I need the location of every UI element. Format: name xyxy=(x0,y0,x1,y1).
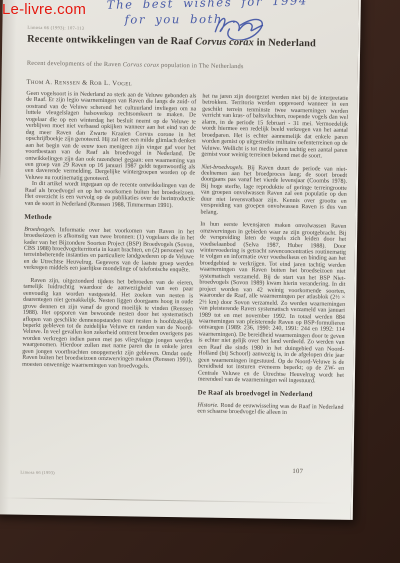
seller-watermark: Le-livre.com xyxy=(2,1,86,18)
photo-background: The best wishes for 1994 for you both . … xyxy=(0,0,400,563)
left-column: Geen vogelsoort is in Nederland zo sterk… xyxy=(21,91,197,460)
method-paragraph: Raven zijn, uitgezonderd tijdens het beb… xyxy=(22,278,193,371)
article-subtitle-pre: Recent developments of the Raven xyxy=(27,60,123,69)
page-number: 107 xyxy=(292,468,303,475)
scanned-page: The best wishes for 1994 for you both . … xyxy=(0,0,361,520)
paragraph-text: Informatie over het voorkomen van Raven … xyxy=(24,227,195,274)
article-title-pre: Recente ontwikkelingen van de Raaf xyxy=(27,34,195,48)
section-heading-broedvogel: De Raaf als broedvogel in Nederland xyxy=(198,391,344,400)
article-subtitle-post: population in The Netherlands xyxy=(159,62,243,70)
body-paragraph: In hun eerste levensjaren maken onvolwas… xyxy=(198,222,347,386)
article-title: Recente ontwikkelingen van de Raaf Corvu… xyxy=(27,34,347,50)
section-heading-methode: Methode xyxy=(24,215,194,224)
journal-reference: Limosa 66 (1993): 107-113 xyxy=(27,26,84,31)
continuation-paragraph: het na jaren zijn doorgezet werden niet … xyxy=(201,94,348,161)
article-title-post: in Nederland xyxy=(254,37,316,49)
right-column: het na jaren zijn doorgezet werden niet … xyxy=(197,94,349,462)
article-title-species: Corvus corax xyxy=(195,36,254,48)
historie-paragraph: Historie. Rond de eeuwwisseling was de R… xyxy=(197,402,343,417)
handwritten-dedication-line1: The best wishes for 1994 xyxy=(107,0,308,12)
intro-paragraph: In dit artikel wordt ingegaan op de rece… xyxy=(25,181,195,209)
intro-paragraph: Geen vogelsoort is in Nederland zo sterk… xyxy=(25,91,196,184)
article-subtitle: Recent developments of the Raven Corvus … xyxy=(27,60,327,72)
paragraph-text: Bij Raven duurt de periode van niet-deel… xyxy=(200,165,347,216)
body-paragraph: Niet-broedvogels. Bij Raven duurt de per… xyxy=(200,164,347,218)
method-paragraph: Broedvogels. Informatie over het voorkom… xyxy=(24,226,195,274)
paragraph-lead: Historie. xyxy=(197,402,218,408)
footer-journal-line: Limosa 66 (1993) xyxy=(20,471,54,476)
article-authors: Thom A. Renssen & Rob L. Vogel xyxy=(26,79,132,88)
article-subtitle-species: Corvus corax xyxy=(123,61,160,69)
paragraph-text: Rond de eeuwwisseling was de Raaf in Ned… xyxy=(197,403,343,416)
article-body: Geen vogelsoort is in Nederland zo sterk… xyxy=(21,91,349,462)
